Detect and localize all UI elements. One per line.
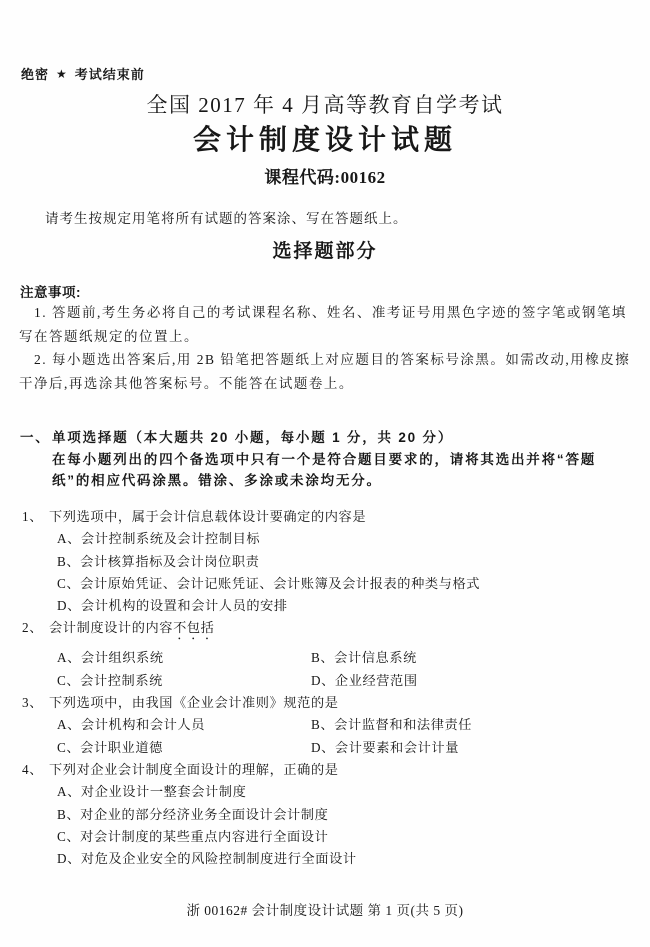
paper-title: 会计制度设计试题 bbox=[0, 118, 650, 158]
question-2-stem: 会计制度设计的内容不包括 bbox=[49, 617, 634, 643]
question-1-option-b: B、会计核算指标及会计岗位职责 bbox=[57, 551, 634, 573]
question-2-stem-text: 会计制度设计的内容 bbox=[49, 620, 173, 635]
question-3-stem: 下列选项中，由我国《企业会计准则》规范的是 bbox=[49, 692, 634, 714]
question-1-stem: 下列选项中，属于会计信息载体设计要确定的内容是 bbox=[49, 506, 634, 528]
question-2-stem-emphasized: 不包括 bbox=[173, 620, 214, 635]
notice-item-1: 1. 答题前,考生务必将自己的考试课程名称、姓名、准考证号用黑色字迹的签字笔或钢… bbox=[19, 301, 634, 348]
question-1-option-d: D、会计机构的设置和会计人员的安排 bbox=[57, 595, 634, 617]
question-1: 1、 下列选项中，属于会计信息载体设计要确定的内容是 A、会计控制系统及会计控制… bbox=[22, 506, 634, 617]
question-1-option-a: A、会计控制系统及会计控制目标 bbox=[57, 528, 634, 550]
question-2-option-c: C、会计控制系统 bbox=[57, 670, 311, 692]
question-4-option-c: C、对会计制度的某些重点内容进行全面设计 bbox=[57, 826, 634, 848]
question-4-option-d: D、对危及企业安全的风险控制制度进行全面设计 bbox=[57, 848, 634, 870]
question-1-option-c: C、会计原始凭证、会计记账凭证、会计账簿及会计报表的种类与格式 bbox=[57, 573, 634, 595]
page-footer: 浙 00162# 会计制度设计试题 第 1 页(共 5 页) bbox=[0, 899, 650, 919]
exam-title: 全国 2017 年 4 月高等教育自学考试 bbox=[0, 89, 650, 119]
question-4-option-a: A、对企业设计一整套会计制度 bbox=[57, 781, 634, 803]
section-one-number: 一、 bbox=[20, 427, 52, 492]
notices-heading: 注意事项: bbox=[20, 281, 81, 301]
question-4-number: 4、 bbox=[22, 759, 49, 870]
question-4: 4、 下列对企业会计制度全面设计的理解，正确的是 A、对企业设计一整套会计制度 … bbox=[22, 759, 634, 870]
question-3-option-a: A、会计机构和会计人员 bbox=[57, 714, 311, 736]
security-banner: 绝密★考试结束前 bbox=[21, 64, 145, 83]
question-3-option-c: C、会计职业道德 bbox=[57, 737, 311, 759]
question-1-number: 1、 bbox=[22, 506, 49, 617]
question-2-option-a: A、会计组织系统 bbox=[57, 647, 311, 669]
notices-list: 1. 答题前,考生务必将自己的考试课程名称、姓名、准考证号用黑色字迹的签字笔或钢… bbox=[19, 301, 634, 395]
notice-item-2: 2. 每小题选出答案后,用 2B 铅笔把答题纸上对应题目的答案标号涂黑。如需改动… bbox=[19, 348, 634, 395]
section-title: 选择题部分 bbox=[0, 236, 650, 263]
question-3-number: 3、 bbox=[22, 692, 49, 759]
question-2-option-b: B、会计信息系统 bbox=[311, 647, 634, 669]
question-2: 2、 会计制度设计的内容不包括 A、会计组织系统 B、会计信息系统 C、会计控制… bbox=[22, 617, 634, 692]
exam-page: 绝密★考试结束前 全国 2017 年 4 月高等教育自学考试 会计制度设计试题 … bbox=[0, 0, 650, 947]
question-3-option-d: D、会计要素和会计计量 bbox=[311, 737, 634, 759]
question-3: 3、 下列选项中，由我国《企业会计准则》规范的是 A、会计机构和会计人员 B、会… bbox=[22, 692, 634, 759]
question-4-option-b: B、对企业的部分经济业务全面设计会计制度 bbox=[57, 804, 634, 826]
section-one-header: 一、 单项选择题（本大题共 20 小题，每小题 1 分，共 20 分） 在每小题… bbox=[20, 427, 633, 492]
question-list: 1、 下列选项中，属于会计信息载体设计要确定的内容是 A、会计控制系统及会计控制… bbox=[22, 506, 634, 870]
question-4-stem: 下列对企业会计制度全面设计的理解，正确的是 bbox=[49, 759, 634, 781]
section-one-title: 单项选择题（本大题共 20 小题，每小题 1 分，共 20 分） bbox=[52, 430, 453, 445]
question-2-option-d: D、企业经营范围 bbox=[311, 670, 634, 692]
course-code: 课程代码:00162 bbox=[0, 163, 650, 188]
instruction-line: 请考生按规定用笔将所有试题的答案涂、写在答题纸上。 bbox=[45, 207, 408, 227]
security-level-label: 绝密 bbox=[21, 67, 49, 82]
section-one-description: 在每小题列出的四个备选项中只有一个是符合题目要求的，请将其选出并将“答题纸”的相… bbox=[52, 449, 633, 492]
security-note-label: 考试结束前 bbox=[75, 67, 145, 82]
star-icon: ★ bbox=[56, 67, 68, 81]
question-2-number: 2、 bbox=[22, 617, 49, 692]
question-3-option-b: B、会计监督和和法律责任 bbox=[311, 714, 634, 736]
